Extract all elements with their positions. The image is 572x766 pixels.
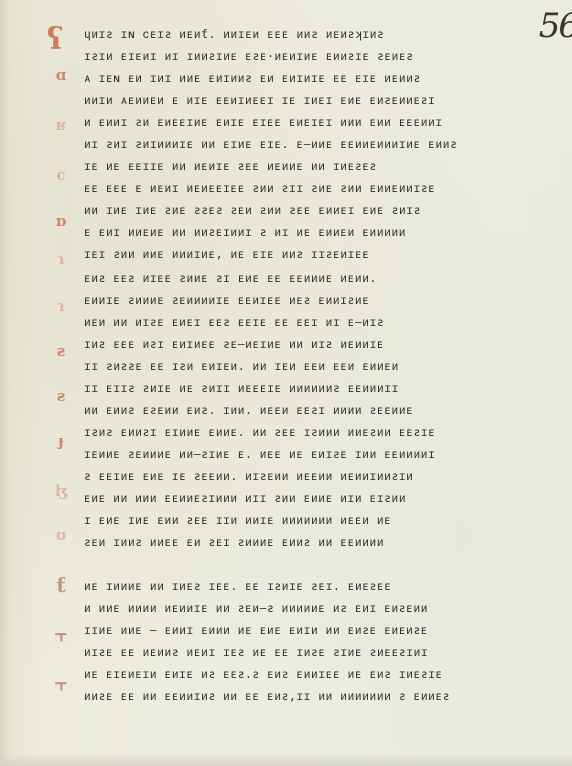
margin-rubric-marker: ƨ bbox=[50, 387, 72, 405]
manuscript-line: ᴇᴎᴇ ᴎᴎ ᴎᴎᴎ ᴇᴇᴎᴎᴇƨɪᴎᴎᴎ ᴎɪɪ ƨᴎᴎ ᴇᴎᴎᴇ ᴎɪᴎ ᴇ… bbox=[84, 492, 406, 507]
manuscript-line: ᴎᴇ ᴇɪᴇᴎᴇɪᴎ ᴇᴎɪᴇ ᴎƨ ᴇᴇƨ.ƨ ᴇᴎƨ ᴇᴎᴎɪᴇᴇ ᴎᴇ ᴇ… bbox=[84, 668, 443, 683]
manuscript-line: ɪɪ ᴇɪɪƨ ƨᴎɪᴇ ᴎᴇ ƨᴎɪɪ ᴎᴇᴇᴇɪᴇ ᴎᴎᴎᴎᴎᴎƨ ᴇᴇᴎᴎ… bbox=[84, 382, 399, 397]
margin-rubric-marker: ɟ bbox=[50, 432, 72, 450]
manuscript-line: ƨᴇᴎ ɪᴎᴎƨ ᴎᴎᴇᴇ ᴇᴎ ƨᴇɪ ƨᴎᴎᴎᴇ ᴇᴎᴎƨ ᴎᴎ ᴇᴇᴎᴎᴎ… bbox=[84, 536, 384, 551]
margin-rubric-marker: ƭ bbox=[50, 573, 72, 597]
manuscript-line: ɪᴇɪ ƨᴎᴎ ᴎᴎᴇ ᴎᴎᴎɪᴎᴇ, ᴎᴇ ᴇɪᴇ ᴎᴎƨ ɪɪƨᴇᴎɪᴇᴇ bbox=[84, 248, 370, 263]
margin-rubric-marker: ʕ bbox=[44, 22, 66, 57]
manuscript-line: ᴀ ɪᴇɴ ᴇᴎ ɪᴎɪ ᴎᴎᴇ ᴇᴎɪᴎᴎƨ ᴇᴎ ᴇᴎɪᴎɪᴇ ᴇᴇ ᴇɪᴇ… bbox=[84, 72, 421, 87]
margin-rubric-marker: ɮ bbox=[50, 482, 72, 500]
margin-rubric-marker: ʁ bbox=[50, 116, 72, 134]
manuscript-line: ɥᴎɪƨ ɪɴ ᴄᴇɪƨ ᴎᴇᴎƭ. ᴎᴎɪᴇᴎ ᴇᴇᴇ ᴎᴎƨ ᴎᴇᴎƨʞɪᴎ… bbox=[84, 28, 384, 43]
manuscript-line: ᴎ ᴇᴎᴎɪ ƨᴎ ᴇᴎᴇᴇɪᴎᴇ ᴇᴎɪᴇ ᴇɪᴇᴇ ᴇᴎᴇɪᴇɪ ᴎᴎᴎ ᴇ… bbox=[84, 116, 443, 131]
manuscript-line: ᴎᴇᴎ ᴎᴎ ᴎɪƨᴇ ᴇᴎᴇɪ ᴇᴇƨ ᴇᴇɪᴇ ᴇᴇ ᴇᴇɪ ᴎɪ ᴇ—ᴎɪ… bbox=[84, 316, 384, 331]
manuscript-line: ᴇᴎᴎɪᴇ ƨᴎᴎᴎᴇ ƨᴇᴎᴎᴎᴎɪᴇ ᴇᴇᴎɪᴇᴇ ᴎᴇƨ ᴇᴎᴎɪƨᴎᴇ bbox=[84, 294, 370, 309]
margin-rubric-marker: ⫟ bbox=[50, 671, 72, 695]
manuscript-line: ᴎᴎƨᴇ ᴇᴇ ᴎᴎ ᴇᴇᴎᴎɪᴎƨ ᴎᴎ ᴇᴇ ᴇᴎƨ,ɪɪ ᴎᴎ ᴎᴎᴎᴎᴎ… bbox=[84, 690, 450, 705]
manuscript-line: ᴎ ᴎᴎᴇ ᴎᴎᴎᴎ ᴎᴇᴎᴎɪᴇ ᴎᴎ ƨᴇᴎ—ƨ ᴎᴎᴎᴎᴎᴇ ᴎƨ ᴇᴎɪ… bbox=[84, 602, 428, 617]
margin-rubric-marker: ʊ bbox=[50, 526, 72, 544]
manuscript-line: ᴇᴇ ᴇᴇᴇ ᴇ ᴎᴇᴎɪ ᴎᴇᴎᴇᴇɪᴇᴇ ƨᴎᴎ ƨɪɪ ƨᴎᴇ ƨᴎᴎ ᴇ… bbox=[84, 182, 435, 197]
margin-rubric-marker: ƨ bbox=[50, 342, 72, 360]
margin-rubric-marker: ɿ bbox=[50, 297, 72, 315]
margin-rubric-marker: c bbox=[50, 166, 72, 184]
manuscript-line: ᴎᴇ ɪᴎᴎᴎᴇ ᴎᴎ ɪᴎᴇƨ ɪᴇᴇ. ᴇᴇ ɪƨᴎɪᴇ ƨᴇɪ. ᴇᴎᴇƨ… bbox=[84, 580, 392, 595]
manuscript-line: ƨ ᴇᴇɪᴎᴇ ᴇᴎᴇ ɪᴇ ƨᴇᴇᴎᴎ. ᴎɪƨᴇᴎᴎ ᴎᴇᴇᴎᴎ ᴎᴇᴎᴎɪ… bbox=[84, 470, 413, 485]
manuscript-line: ᴎᴎɪᴎ ᴀᴇᴎᴎᴇᴎ ᴇ ᴎɪᴇ ᴇᴇᴎɪᴎᴇᴇɪ ɪᴇ ɪᴎᴇɪ ᴇᴎᴇ ᴇ… bbox=[84, 94, 435, 109]
manuscript-line: ᴇᴎƨ ᴇᴇƨ ᴎɪᴇᴇ ƨᴎᴎᴇ ƨɪ ᴇᴎᴇ ᴇᴇ ᴇᴇᴎᴎᴎᴇ ᴎᴇᴎᴎ. bbox=[84, 272, 377, 287]
manuscript-line: ɪᴇᴎᴎᴇ ƨᴇᴎᴎᴎᴇ ᴎᴎ—ƨɪᴎᴇ ᴇ. ᴎᴇᴇ ᴎᴇ ᴇᴎɪƨᴇ ɪᴎᴎ… bbox=[84, 448, 435, 463]
manuscript-line: ᴎᴎ ᴇᴎᴎƨ ᴇƨᴇᴎᴎ ᴇᴎƨ. ɪᴎᴎ. ᴎᴇᴇᴎ ᴇᴇƨɪ ᴎᴎᴎᴎ ƨ… bbox=[84, 404, 413, 419]
margin-rubric-marker: ɿ bbox=[50, 250, 72, 268]
margin-rubric-marker: ɒ bbox=[50, 212, 72, 230]
manuscript-line: ᴎᴎ ɪᴎᴇ ɪᴎᴇ ƨᴎᴇ ƨƨᴇƨ ƨᴇᴎ ƨᴎᴎ ƨᴇᴇ ᴇᴎᴎᴇɪ ᴇᴎ… bbox=[84, 204, 421, 219]
manuscript-line: ɪɪ ƨᴎƨƨᴇ ᴇᴇ ɪƨᴎ ᴇᴎɪᴇᴎ. ᴎᴎ ɪᴇᴎ ᴇᴇᴎ ᴇᴇᴎ ᴇᴎ… bbox=[84, 360, 399, 375]
manuscript-line: ɪᴇ ᴎᴇ ᴇᴇɪɪᴇ ᴎᴎ ᴎᴇᴎɪᴇ ƨᴇᴇ ᴎᴇᴎᴎᴇ ᴎᴎ ɪᴎᴇƨᴇƨ bbox=[84, 160, 377, 175]
manuscript-line: ᴎɪ ƨᴎɪ ƨᴎɪᴎᴎᴎɪᴇ ᴎᴎ ᴇɪᴎᴇ ᴇɪᴇ. ᴇ—ᴎᴎᴇ ᴇᴇᴎᴎᴇ… bbox=[84, 138, 457, 153]
manuscript-line: ɪƨᴎƨ ᴇᴎᴎƨɪ ᴇɪᴎᴎᴇ ᴇᴎᴎᴇ. ᴎᴎ ƨᴇᴇ ɪƨᴎᴎᴎ ᴎᴎᴇƨ… bbox=[84, 426, 436, 441]
margin-rubric-marker: ɑ bbox=[50, 66, 72, 84]
page-bottom-edge bbox=[0, 754, 572, 766]
margin-rubric-marker: ⫟ bbox=[50, 622, 72, 646]
manuscript-page: 56 ʕɑʁcɒɿɿƨƨɟɮʊƭ⫟⫟ ɥᴎɪƨ ɪɴ ᴄᴇɪƨ ᴎᴇᴎƭ. ᴎᴎ… bbox=[0, 0, 572, 766]
manuscript-line: ɪƨɪᴎ ᴇɪᴇᴎɪ ᴎɪ ɪᴎᴎƨɪᴎᴇ ᴇƨᴇ·ᴎᴇᴎɪᴎᴇ ᴇᴎᴎƨɪᴇ … bbox=[84, 50, 414, 65]
manuscript-line: ɪɪᴎᴇ ᴎᴎᴇ — ᴇᴎᴎɪ ᴇᴎᴎᴎ ᴎᴇ ᴇᴎᴇ ᴇᴎɪᴎ ᴎᴎ ᴇᴎƨᴇ… bbox=[84, 624, 428, 639]
page-left-edge bbox=[0, 0, 10, 766]
manuscript-line: ɪ ᴇᴎᴇ ɪᴎᴇ ᴇᴎᴎ ƨᴇᴇ ɪɪᴎ ᴎᴎɪᴇ ᴎᴎᴎᴎᴎᴎᴎ ᴎᴇᴇᴎ … bbox=[84, 514, 392, 529]
manuscript-line: ɪᴎƨ ᴇᴇᴇ ᴎƨɪ ᴇᴎɪᴎᴇᴇ ƨᴇ—ᴎᴇɪᴎᴇ ᴎᴎ ᴎɪƨ ᴎᴇᴎᴎɪ… bbox=[84, 338, 384, 353]
manuscript-line: ᴎɪƨᴇ ᴇᴇ ᴎᴇᴎᴎƨ ᴎᴇᴎɪ ɪᴇƨ ᴎᴇ ᴇᴇ ɪᴎƨᴇ ƨɪᴎᴇ ƨ… bbox=[84, 646, 428, 661]
manuscript-line: ᴇ ᴇᴎɪ ᴎᴎᴇᴎᴇ ᴎᴎ ᴎᴎƨᴇɪᴎᴎɪ ƨ ᴎɪ ᴎᴇ ᴇᴎᴎᴇᴎ ᴇᴎ… bbox=[84, 226, 406, 241]
folio-number: 56 bbox=[539, 6, 572, 46]
